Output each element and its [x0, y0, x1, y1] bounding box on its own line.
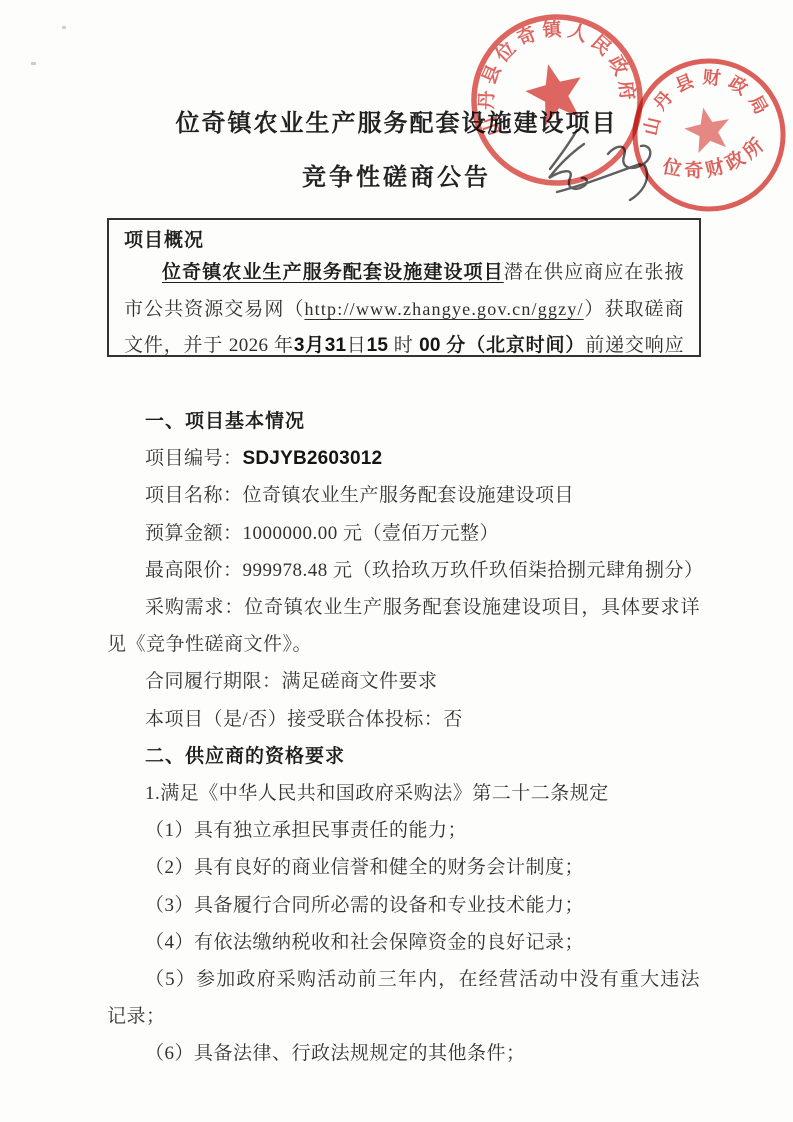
- procurement-site-url: http://www.zhangye.gov.cn/ggzy/: [304, 299, 583, 319]
- body-text: 项目编号：: [145, 448, 243, 469]
- body-text: 本项目（是/否）接受联合体投标：否: [145, 709, 463, 730]
- deadline-minute: 00: [419, 335, 441, 356]
- body-line: 合同履行期限：满足磋商文件要求: [107, 663, 700, 700]
- body-text: 最高限价：999978.48 元（玖拾玖万玖仟玖佰柒拾捌元肆角捌分）: [145, 560, 704, 581]
- scanned-document-page: { "title": { "line1": "位奇镇农业生产服务配套设施建设项目…: [0, 0, 793, 1122]
- body-text: 1.满足《中华人民共和国政府采购法》第二十二条规定: [145, 783, 609, 804]
- body-text: （5）参加政府采购活动前三年内，在经营活动中没有重大违法记录；: [107, 969, 700, 1027]
- scan-speck: [31, 62, 36, 65]
- body-line: 采购需求：位奇镇农业生产服务配套设施建设项目，具体要求详见《竞争性磋商文件》。: [107, 589, 700, 663]
- overview-box: 项目概况 位奇镇农业生产服务配套设施建设项目潜在供应商应在张掖市公共资源交易网（…: [107, 218, 701, 357]
- body-text: 合同履行期限：满足磋商文件要求: [145, 671, 438, 692]
- body-line: 项目编号：SDJYB2603012: [107, 440, 700, 477]
- body-line: （3）具备履行合同所必需的设备和专业技术能力；: [107, 887, 700, 924]
- overview-project-name: 位奇镇农业生产服务配套设施建设项目: [162, 262, 504, 283]
- body-line: （2）具有良好的商业信誉和健全的财务会计制度；: [107, 849, 700, 886]
- body-text: （3）具备履行合同所必需的设备和专业技术能力；: [145, 895, 584, 916]
- overview-heading: 项目概况: [124, 230, 684, 252]
- body-line: 二、供应商的资格要求: [107, 738, 700, 775]
- body-text: 项目名称：位奇镇农业生产服务配套设施建设项目: [145, 485, 574, 506]
- document-body: 一、项目基本情况项目编号：SDJYB2603012项目名称：位奇镇农业生产服务配…: [107, 403, 700, 1073]
- section-heading-text: 一、项目基本情况: [145, 411, 305, 432]
- body-line: 本项目（是/否）接受联合体投标：否: [107, 701, 700, 738]
- overview-paragraph: 位奇镇农业生产服务配套设施建设项目潜在供应商应在张掖市公共资源交易网（http:…: [124, 255, 684, 357]
- body-line: 1.满足《中华人民共和国政府采购法》第二十二条规定: [107, 775, 700, 812]
- body-text: （1）具有独立承担民事责任的能力；: [145, 820, 467, 841]
- deadline-year: 2026 年: [229, 335, 294, 356]
- body-text: （2）具有良好的商业信誉和健全的财务会计制度；: [145, 857, 584, 878]
- section-heading-text: 二、供应商的资格要求: [145, 746, 345, 767]
- deadline-hour-char: 时: [388, 335, 419, 356]
- scan-speck: [62, 26, 66, 29]
- deadline-day-char: 日: [346, 335, 366, 356]
- body-text: （6）具备法律、行政法规规定的其他条件；: [145, 1043, 526, 1064]
- deadline-month-day: 3月31: [294, 335, 346, 356]
- body-text: （4）有依法缴纳税收和社会保障资金的良好记录；: [145, 932, 584, 953]
- deadline-hour: 15: [367, 335, 389, 356]
- body-line: （1）具有独立承担民事责任的能力；: [107, 812, 700, 849]
- body-line: 最高限价：999978.48 元（玖拾玖万玖仟玖佰柒拾捌元肆角捌分）: [107, 552, 700, 589]
- body-line: （4）有依法缴纳税收和社会保障资金的良好记录；: [107, 924, 700, 961]
- body-line: （5）参加政府采购活动前三年内，在经营活动中没有重大违法记录；: [107, 961, 700, 1035]
- body-line: 项目名称：位奇镇农业生产服务配套设施建设项目: [107, 477, 700, 514]
- star-icon: [681, 103, 735, 155]
- body-text: 采购需求：位奇镇农业生产服务配套设施建设项目，具体要求详见《竞争性磋商文件》。: [107, 597, 700, 655]
- project-number-value: SDJYB2603012: [243, 448, 383, 469]
- body-line: 一、项目基本情况: [107, 403, 700, 440]
- deadline-timezone: 分（北京时间）: [441, 335, 586, 356]
- body-text: 预算金额：1000000.00 元（壹佰万元整）: [145, 523, 499, 544]
- body-line: 预算金额：1000000.00 元（壹佰万元整）: [107, 515, 700, 552]
- body-line: （6）具备法律、行政法规规定的其他条件；: [107, 1035, 700, 1072]
